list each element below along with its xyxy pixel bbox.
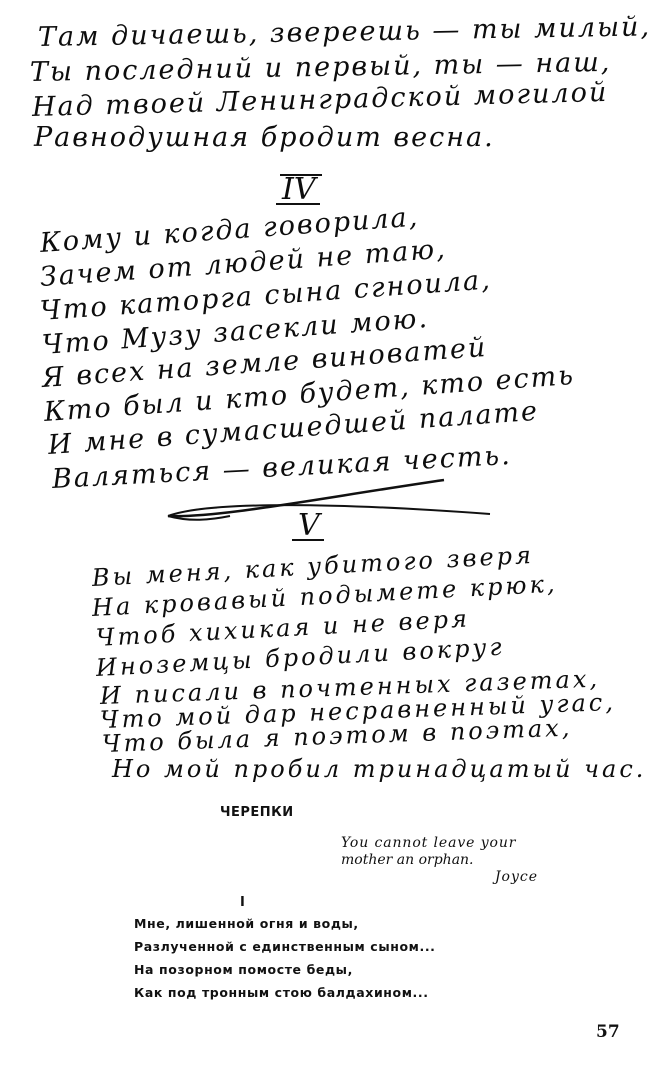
epigraph: You cannot leave your mother an orphan. … bbox=[341, 835, 538, 886]
section-numeral-v: V bbox=[298, 508, 320, 543]
page-number: 57 bbox=[596, 1022, 620, 1042]
section-title: ЧЕРЕПКИ bbox=[220, 805, 294, 820]
epigraph-line: You cannot leave your bbox=[341, 835, 538, 852]
epigraph-line: mother an orphan. bbox=[341, 852, 538, 869]
numeral-underline bbox=[292, 539, 324, 541]
manuscript-line: Но мой пробил тринадцатый час. bbox=[112, 755, 646, 783]
printed-poem: Мне, лишенной огня и воды, Разлученной с… bbox=[134, 912, 436, 1004]
poem-line: Мне, лишенной огня и воды, bbox=[134, 912, 436, 935]
manuscript-line: Там дичаешь, звереешь — ты милый, bbox=[38, 11, 650, 53]
poem-number: I bbox=[240, 895, 245, 910]
section-numeral-iv: IV bbox=[282, 172, 316, 207]
numeral-overline bbox=[280, 174, 322, 176]
poem-line: Разлученной с единственным сыном... bbox=[134, 935, 436, 958]
flourish-divider bbox=[160, 478, 500, 538]
numeral-underline bbox=[276, 203, 320, 205]
poem-line: Как под тронным стою балдахином... bbox=[134, 981, 436, 1004]
poem-line: На позорном помосте беды, bbox=[134, 958, 436, 981]
epigraph-author: Joyce bbox=[341, 869, 538, 886]
manuscript-line: Равнодушная бродит весна. bbox=[34, 122, 495, 153]
